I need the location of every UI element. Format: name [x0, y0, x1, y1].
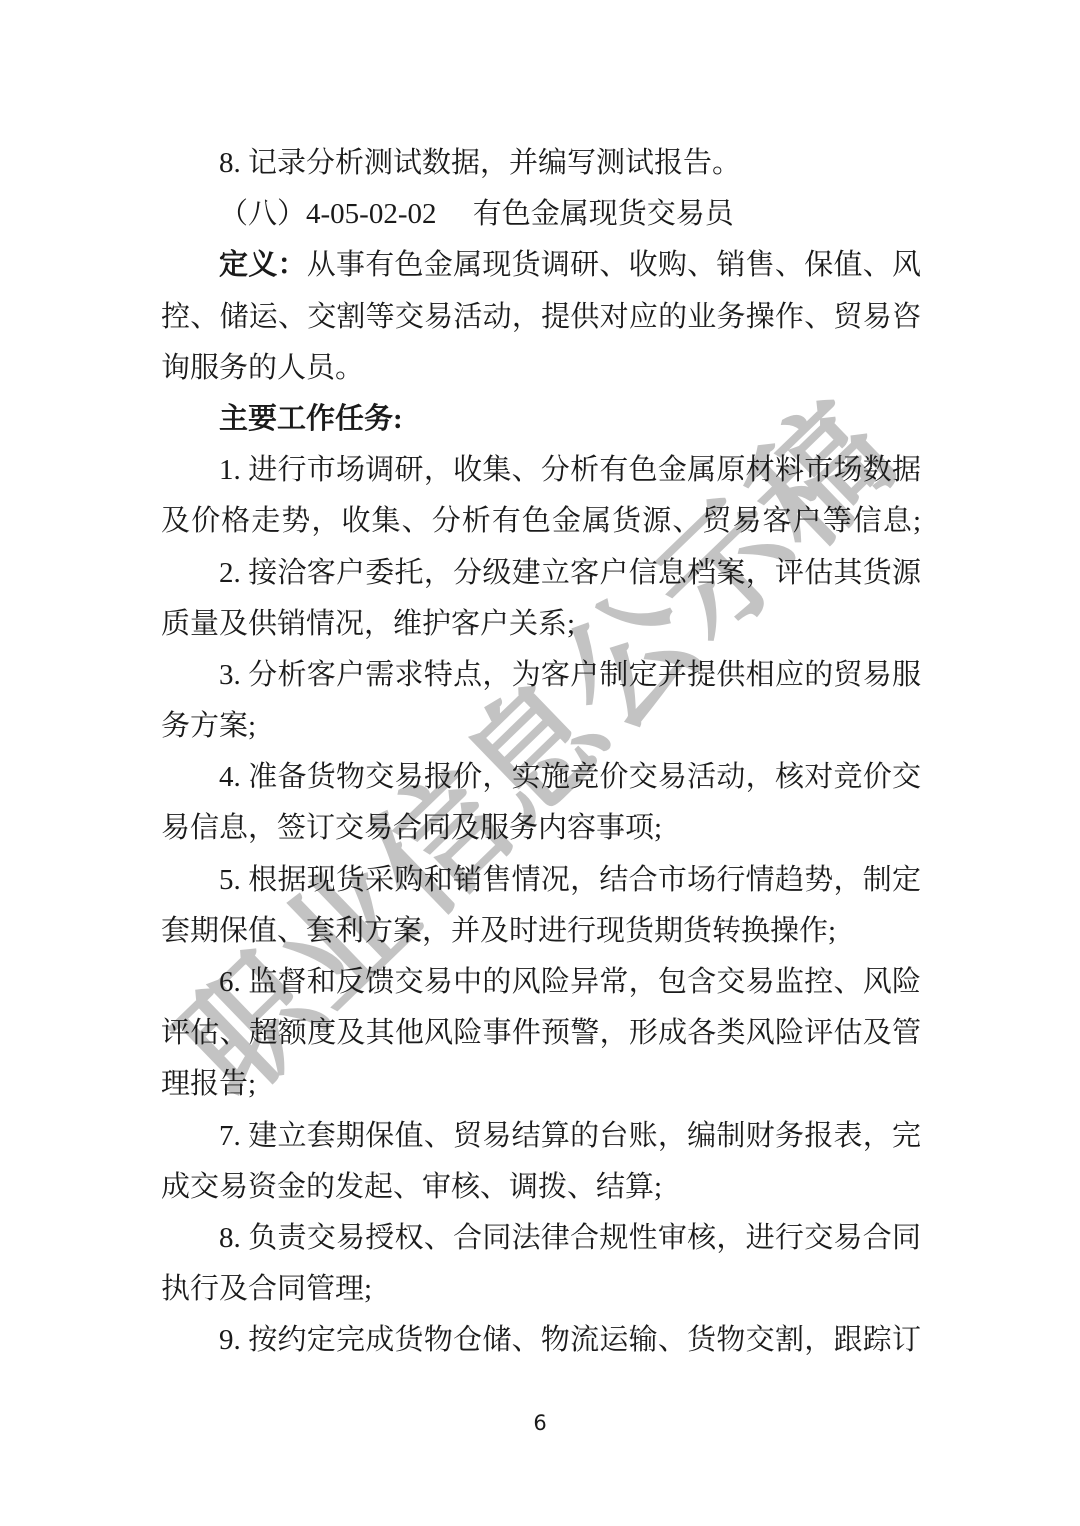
text-run: 3. 分析客户需求特点，为客户制定并提供相应的贸易服: [219, 659, 921, 691]
text-run: 易信息，签订交易合同及服务内容事项;: [161, 812, 662, 844]
text-line: 8. 记录分析测试数据，并编写测试报告。: [161, 138, 921, 189]
text-line: 5. 根据现货采购和销售情况，结合市场行情趋势，制定: [161, 855, 921, 906]
text-run: 8. 记录分析测试数据，并编写测试报告。: [219, 147, 741, 179]
text-line: 务方案;: [161, 701, 921, 752]
text-line: 成交易资金的发起、审核、调拨、结算;: [161, 1162, 921, 1213]
text-run: （八）4-05-02-02 有色金属现货交易员: [219, 198, 734, 230]
text-line: 质量及供销情况，维护客户关系;: [161, 599, 921, 650]
text-run: 从事有色金属现货调研、收购、销售、保值、风: [307, 249, 921, 281]
text-run: 质量及供销情况，维护客户关系;: [161, 608, 575, 640]
text-run: 询服务的人员。: [161, 352, 364, 384]
text-run: 及价格走势，收集、分析有色金属货源、贸易客户等信息;: [161, 505, 921, 537]
text-line: 1. 进行市场调研，收集、分析有色金属原材料市场数据: [161, 445, 921, 496]
text-line: 8. 负责交易授权、合同法律合规性审核，进行交易合同: [161, 1213, 921, 1264]
text-line: 及价格走势，收集、分析有色金属货源、贸易客户等信息;: [161, 496, 921, 547]
text-line: （八）4-05-02-02 有色金属现货交易员: [161, 189, 921, 240]
text-run: 执行及合同管理;: [161, 1273, 372, 1305]
text-run: 务方案;: [161, 710, 256, 742]
text-line: 主要工作任务:: [161, 394, 921, 445]
page-number: 6: [0, 1408, 1080, 1438]
text-run: 控、储运、交割等交易活动，提供对应的业务操作、贸易咨: [161, 301, 921, 333]
document-page: 职业信息公示稿 8. 记录分析测试数据，并编写测试报告。（八）4-05-02-0…: [0, 0, 1080, 1526]
text-line: 6. 监督和反馈交易中的风险异常，包含交易监控、风险: [161, 957, 921, 1008]
text-line: 评估、超额度及其他风险事件预警，形成各类风险评估及管: [161, 1008, 921, 1059]
bold-text-run: 定义：: [219, 249, 307, 281]
text-line: 理报告;: [161, 1059, 921, 1110]
text-line: 3. 分析客户需求特点，为客户制定并提供相应的贸易服: [161, 650, 921, 701]
text-line: 定义：从事有色金属现货调研、收购、销售、保值、风: [161, 240, 921, 291]
text-line: 9. 按约定完成货物仓储、物流运输、货物交割，跟踪订: [161, 1315, 921, 1366]
text-run: 理报告;: [161, 1068, 256, 1100]
text-run: 7. 建立套期保值、贸易结算的台账，编制财务报表，完: [219, 1120, 921, 1152]
text-run: 套期保值、套利方案，并及时进行现货期货转换操作;: [161, 915, 836, 947]
text-run: 2. 接洽客户委托，分级建立客户信息档案，评估其货源: [219, 557, 921, 589]
text-run: 8. 负责交易授权、合同法律合规性审核，进行交易合同: [219, 1222, 921, 1254]
text-run: 9. 按约定完成货物仓储、物流运输、货物交割，跟踪订: [219, 1324, 921, 1356]
text-run: 成交易资金的发起、审核、调拨、结算;: [161, 1171, 662, 1203]
text-line: 7. 建立套期保值、贸易结算的台账，编制财务报表，完: [161, 1111, 921, 1162]
document-body: 8. 记录分析测试数据，并编写测试报告。（八）4-05-02-02 有色金属现货…: [161, 138, 921, 1367]
text-run: 1. 进行市场调研，收集、分析有色金属原材料市场数据: [219, 454, 921, 486]
text-run: 4. 准备货物交易报价，实施竞价交易活动，核对竞价交: [219, 761, 921, 793]
text-line: 套期保值、套利方案，并及时进行现货期货转换操作;: [161, 906, 921, 957]
text-line: 执行及合同管理;: [161, 1264, 921, 1315]
text-run: 6. 监督和反馈交易中的风险异常，包含交易监控、风险: [219, 966, 921, 998]
text-line: 2. 接洽客户委托，分级建立客户信息档案，评估其货源: [161, 548, 921, 599]
text-run: 评估、超额度及其他风险事件预警，形成各类风险评估及管: [161, 1017, 921, 1049]
text-line: 易信息，签订交易合同及服务内容事项;: [161, 803, 921, 854]
text-line: 控、储运、交割等交易活动，提供对应的业务操作、贸易咨: [161, 292, 921, 343]
text-line: 询服务的人员。: [161, 343, 921, 394]
text-line: 4. 准备货物交易报价，实施竞价交易活动，核对竞价交: [161, 752, 921, 803]
bold-text-run: 主要工作任务:: [219, 403, 403, 435]
text-run: 5. 根据现货采购和销售情况，结合市场行情趋势，制定: [219, 864, 921, 896]
